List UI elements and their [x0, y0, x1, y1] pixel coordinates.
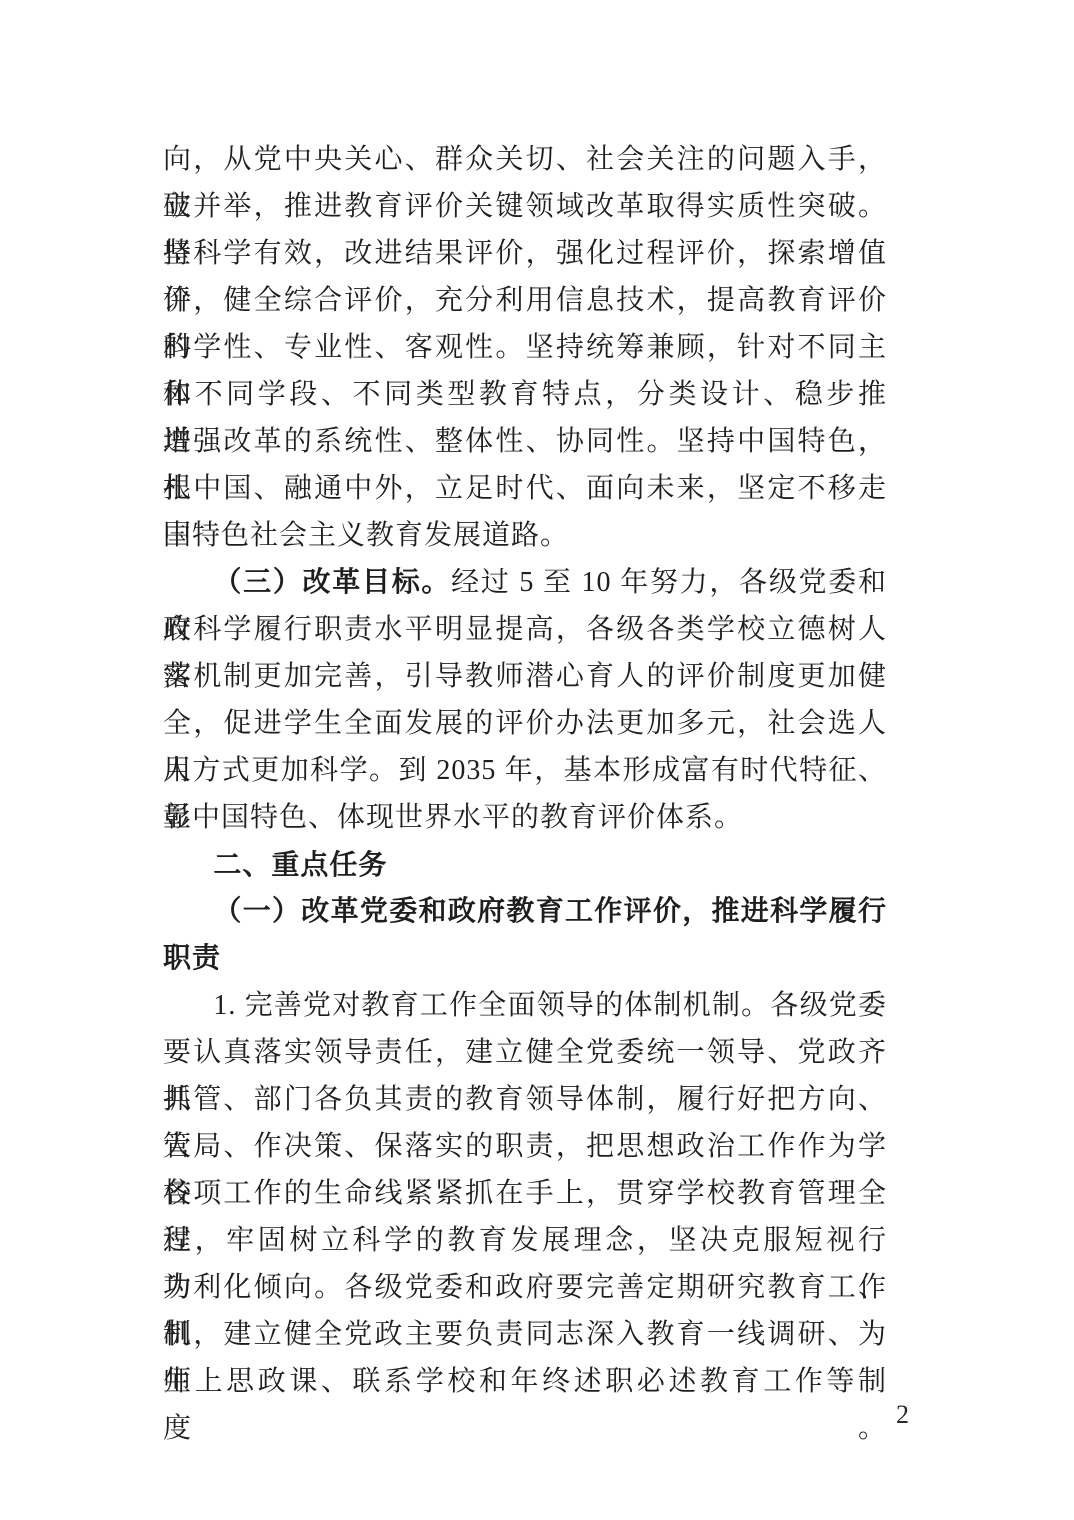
text-line: 1. 完善党对教育工作全面领导的体制机制。各级党委	[163, 982, 887, 1029]
document-body: 向，从党中央关心、群众关切、社会关注的问题入手，破立并举，推进教育评价关键领域改…	[163, 136, 887, 1405]
text-line: 和不同学段、不同类型教育特点，分类设计、稳步推进，	[163, 371, 887, 418]
text-line: 国特色社会主义教育发展道路。	[163, 512, 887, 559]
text-run: 生上思政课、联系学校和年终述职必述教育工作等制度。	[163, 1366, 887, 1444]
text-line: 全，促进学生全面发展的评价办法更加多元，社会选人用	[163, 700, 887, 747]
text-run: （三）改革目标。	[213, 567, 451, 598]
text-run: 国特色社会主义教育发展道路。	[163, 520, 569, 551]
text-line: 府科学履行职责水平明显提高，各级各类学校立德树人落	[163, 606, 887, 653]
text-line: 显中国特色、体现世界水平的教育评价体系。	[163, 794, 887, 841]
text-line: 二、重点任务	[163, 841, 887, 888]
text-line: 大局、作决策、保落实的职责，把思想政治工作作为学校	[163, 1123, 887, 1170]
text-line: 共管、部门各负其责的教育领导体制，履行好把方向、管	[163, 1076, 887, 1123]
text-line: 立并举，推进教育评价关键领域改革取得实质性突破。坚	[163, 183, 887, 230]
text-line: 向，从党中央关心、群众关切、社会关注的问题入手，破	[163, 136, 887, 183]
text-line: 实机制更加完善，引导教师潜心育人的评价制度更加健	[163, 653, 887, 700]
text-line: 职责	[163, 935, 887, 982]
text-line: 要认真落实领导责任，建立健全党委统一领导、党政齐抓	[163, 1029, 887, 1076]
text-run: 职责	[163, 943, 221, 974]
text-line: 根中国、融通中外，立足时代、面向未来，坚定不移走中	[163, 465, 887, 512]
text-line: 功利化倾向。各级党委和政府要完善定期研究教育工作机	[163, 1264, 887, 1311]
text-run: 1. 完善党对教育工作全面领导的体制机制。各级党委	[213, 990, 887, 1021]
text-line: 生上思政课、联系学校和年终述职必述教育工作等制度。	[163, 1358, 887, 1405]
text-line: 各项工作的生命线紧紧抓在手上，贯穿学校教育管理全过	[163, 1170, 887, 1217]
text-line: 人方式更加科学。到 2035 年，基本形成富有时代特征、彰	[163, 747, 887, 794]
text-run: 实机制更加完善，引导教师潜心育人的评价制度更加健	[163, 661, 887, 692]
document-page: 向，从党中央关心、群众关切、社会关注的问题入手，破立并举，推进教育评价关键领域改…	[0, 0, 1074, 1520]
text-run: （一）改革党委和政府教育工作评价，推进科学履行	[213, 896, 887, 927]
page-number: 2	[896, 1398, 926, 1432]
text-line: 程，牢固树立科学的教育发展理念，坚决克服短视行为、	[163, 1217, 887, 1264]
text-line: 制，建立健全党政主要负责同志深入教育一线调研、为师	[163, 1311, 887, 1358]
text-line: 价，健全综合评价，充分利用信息技术，提高教育评价的	[163, 277, 887, 324]
text-line: （一）改革党委和政府教育工作评价，推进科学履行	[163, 888, 887, 935]
text-run: 二、重点任务	[213, 849, 387, 880]
text-line: （三）改革目标。经过 5 至 10 年努力，各级党委和政	[163, 559, 887, 606]
text-line: 科学性、专业性、客观性。坚持统筹兼顾，针对不同主体	[163, 324, 887, 371]
text-line: 持科学有效，改进结果评价，强化过程评价，探索增值评	[163, 230, 887, 277]
text-run: 显中国特色、体现世界水平的教育评价体系。	[163, 802, 743, 833]
text-line: 增强改革的系统性、整体性、协同性。坚持中国特色，扎	[163, 418, 887, 465]
